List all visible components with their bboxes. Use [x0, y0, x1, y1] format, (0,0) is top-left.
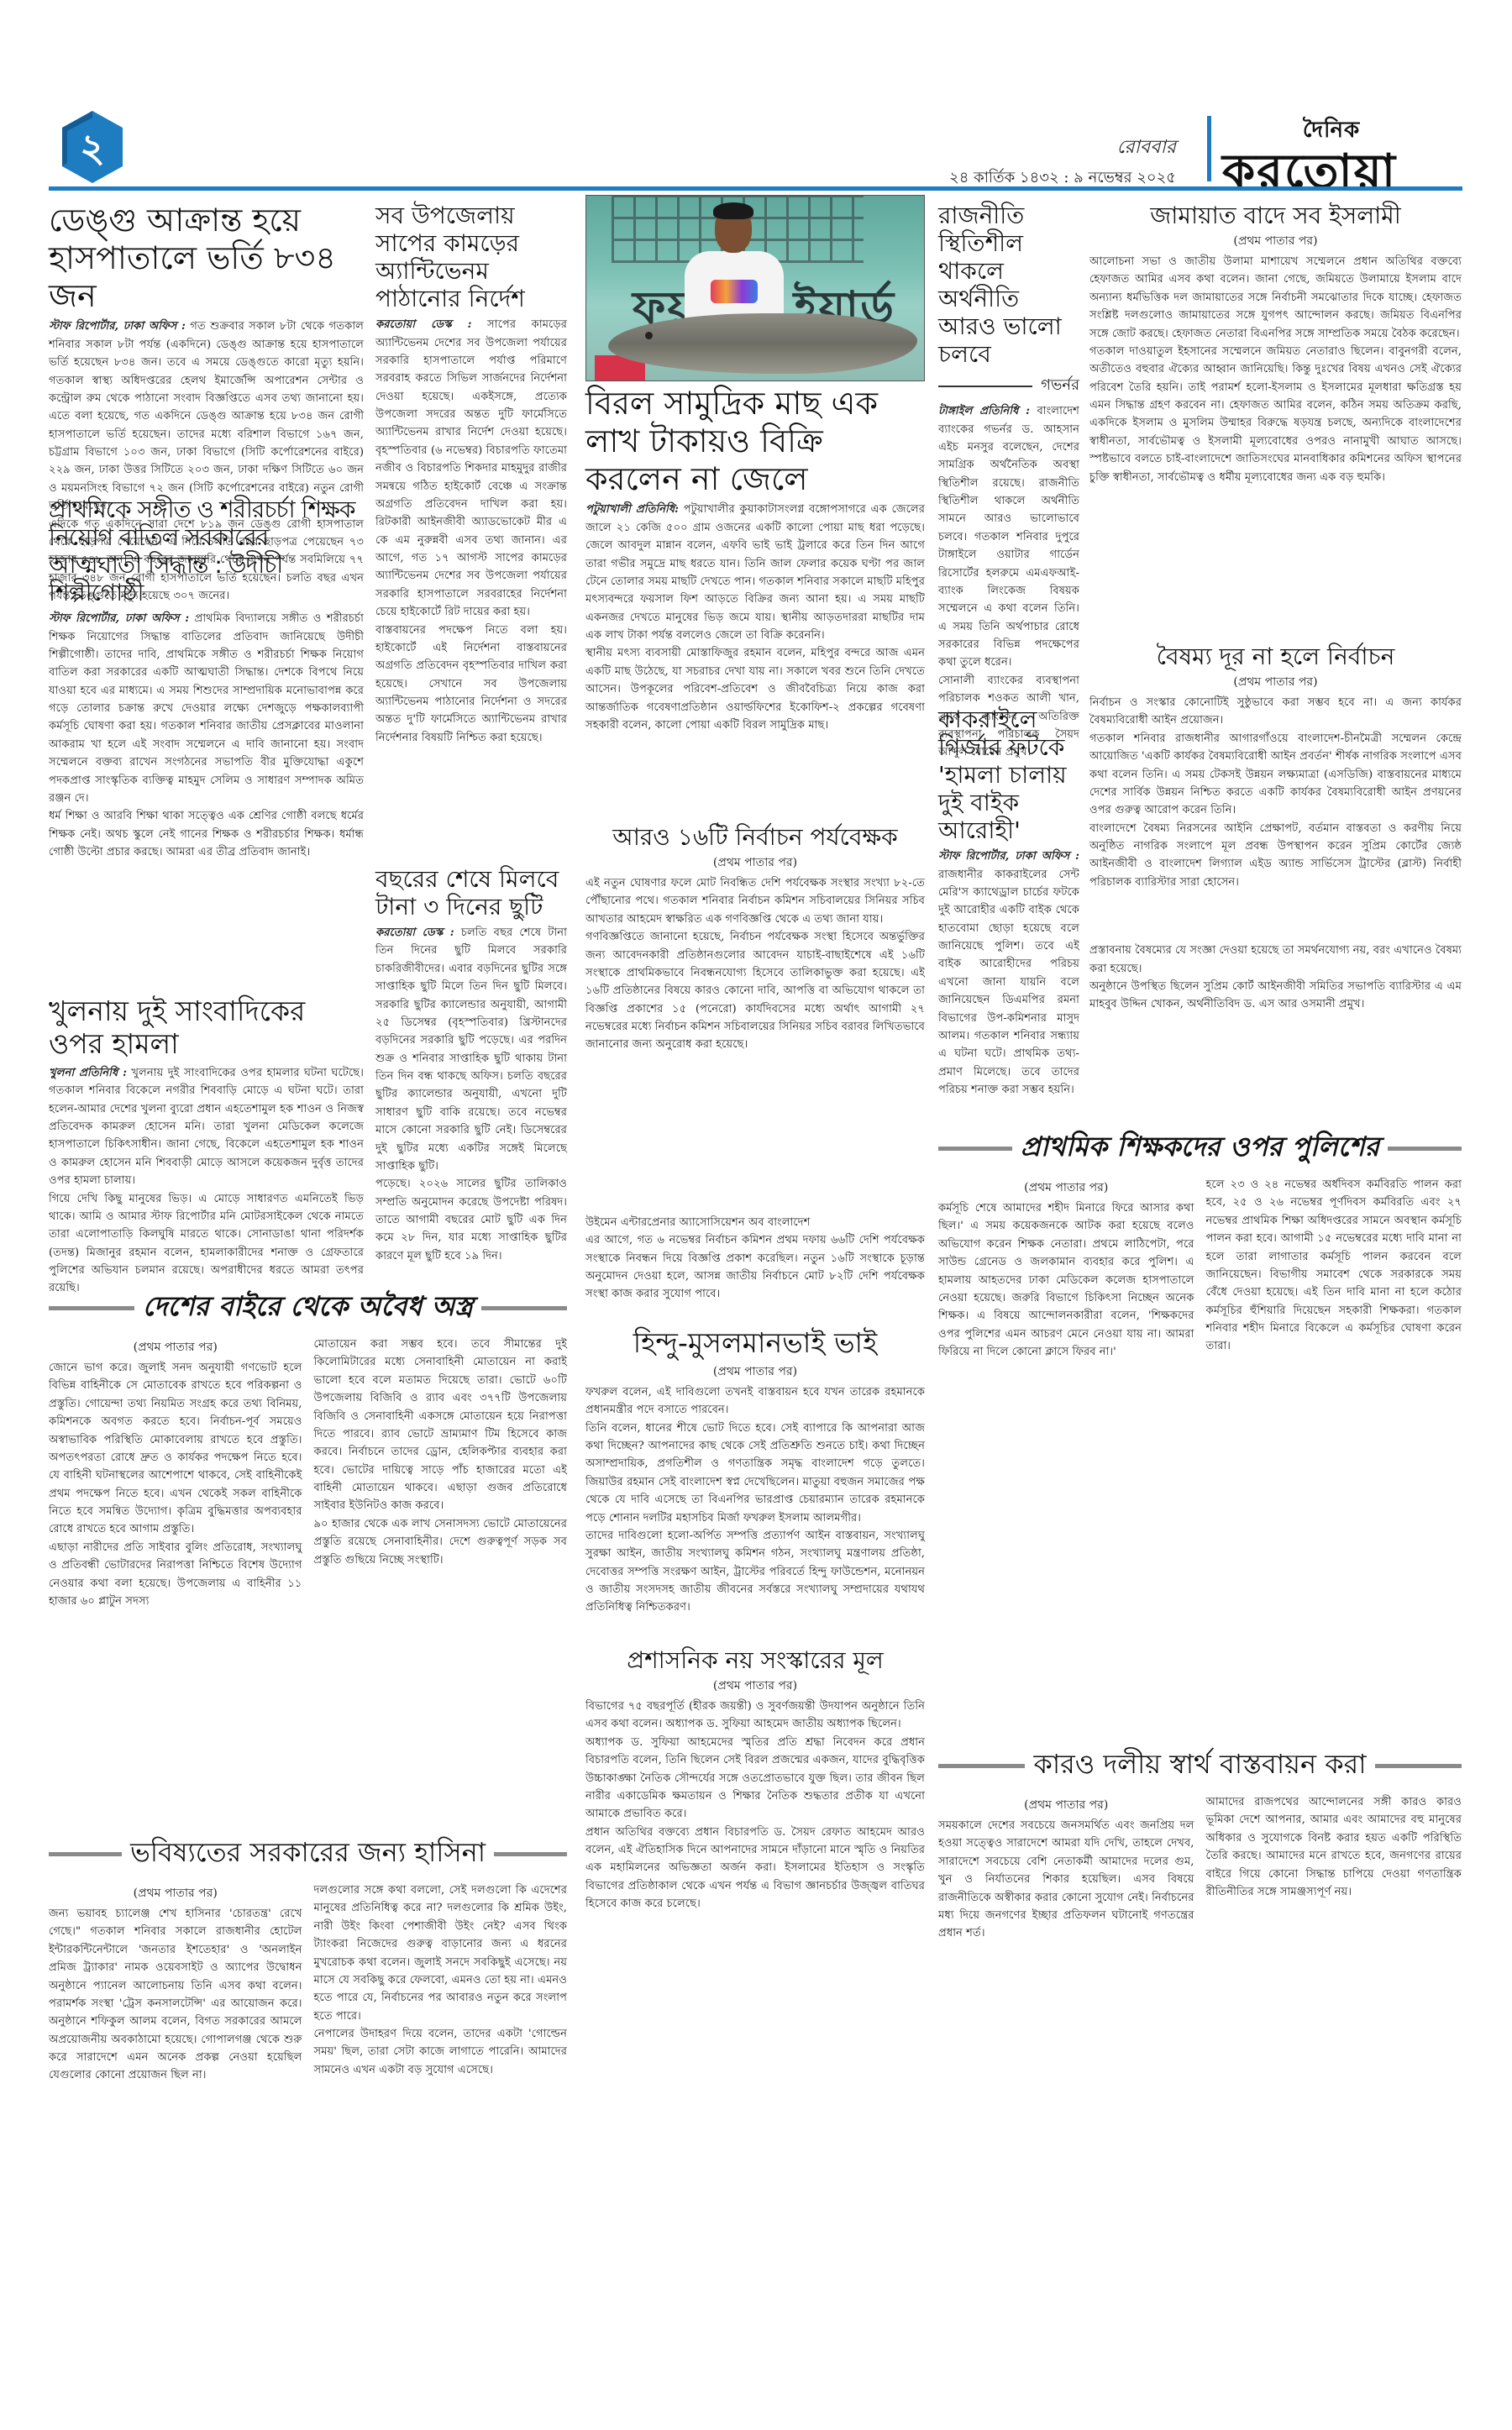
article-body: স্থানীয় মৎস্য ব্যবসায়ী মোস্তাফিজুর রহম… [585, 644, 925, 734]
continued-label: (প্রথম পাতার পর) [49, 1883, 302, 1903]
article-body: স্টাফ রিপোর্টার, ঢাকা অফিস : প্রাথমিক বি… [49, 610, 364, 807]
continued-label: (প্রথম পাতার পর) [1089, 672, 1462, 692]
article-illegal-arms: দেশের বাইরে থেকে অবৈধ অস্ত্র (প্রথম পাতা… [49, 1285, 567, 1610]
article-hindu-muslim: হিন্দু-মুসলমানভাই ভাই (প্রথম পাতার পর) ফ… [585, 1327, 925, 1617]
article-body: এই নতুন ঘোষণার ফলে মোট নিবন্ধিত দেশি পর্… [585, 874, 925, 928]
byline: স্টাফ রিপোর্টার, ঢাকা অফিস : [49, 320, 186, 333]
byline: খুলনা প্রতিনিধি : [49, 1067, 127, 1079]
section-header: দেশের বাইরে থেকে অবৈধ অস্ত্র [49, 1285, 567, 1330]
article-governor: রাজনীতি স্থিতিশীল থাকলে অর্থনীতি আরও ভাল… [938, 202, 1079, 762]
article-body: বাস্তবায়নের পদক্ষেপ নিতে বলা হয়। হাইকো… [375, 622, 567, 748]
headline-police-teachers: প্রাথমিক শিক্ষকদের ওপর পুলিশের [1021, 1126, 1379, 1171]
masthead: ২ রোববার ২৪ কার্তিক ১৪৩২ : ৯ নভেম্বর ২০২… [0, 109, 1512, 189]
hexagon-page-icon: ২ [59, 109, 126, 185]
article-body: বিভাগের ৭৫ বছরপূর্তি (হীরক জয়ন্তী) ও সু… [585, 1698, 925, 1734]
fish [608, 313, 917, 374]
continued-label: (প্রথম পাতার পর) [938, 1178, 1194, 1198]
headline-holidays: বছরের শেষে মিলবে টানা ৩ দিনের ছুটি [375, 865, 567, 921]
attribution-rule: গভর্নর [938, 373, 1079, 399]
article-antivenom: সব উপজেলায় সাপের কামড়ের অ্যান্টিভেনম প… [375, 202, 567, 747]
article-body: খুলনা প্রতিনিধি : খুলনায় দুই সাংবাদিকের… [49, 1064, 364, 1190]
article-police-teachers: প্রাথমিক শিক্ষকদের ওপর পুলিশের (প্রথম পা… [938, 1126, 1462, 1361]
section-header: কারও দলীয় স্বার্থ বাস্তবায়ন করা [938, 1743, 1462, 1788]
article-body: পটুয়াখালী প্রতিনিধি: পটুয়াখালীর কুয়াক… [585, 501, 925, 644]
headline-illegal-arms: দেশের বাইরে থেকে অবৈধ অস্ত্র [143, 1285, 474, 1330]
headline-admin-reform: প্রশাসনিক নয় সংস্কারের মূল [585, 1646, 925, 1674]
article-body: করতোয়া ডেস্ক : সাপের কামড়ের অ্যান্টিভে… [375, 316, 567, 621]
article-body: মোতায়েন করা সম্ভব হবে। তবে সীমান্তের দু… [314, 1336, 568, 1515]
article-body: তিনি বলেন, ধানের শীষে ভোট দিতে হবে। সেই … [585, 1420, 925, 1527]
continued-label: (প্রথম পাতার পর) [1089, 231, 1462, 251]
article-admin-reform: প্রশাসনিক নয় সংস্কারের মূল (প্রথম পাতার… [585, 1646, 925, 1913]
article-body: আলোচনা সভা ও জাতীয় উলামা মাশায়েখ সম্মে… [1089, 253, 1462, 343]
headline-governor: রাজনীতি স্থিতিশীল থাকলে অর্থনীতি আরও ভাল… [938, 202, 1079, 368]
article-music-teachers: প্রাথমিকে সঙ্গীত ও শরীরচর্চা শিক্ষক নিয়… [49, 496, 364, 861]
article-body: এছাড়া নারীদের প্রতি সাইবার বুলিং প্রতির… [49, 1539, 302, 1611]
article-rare-fish: বিরল সামুদ্রিক মাছ এক লাখ টাকায়ও বিক্রি… [585, 385, 925, 734]
article-body: ফখরুল বলেন, এই দাবিগুলো তখনই বাস্তবায়ন … [585, 1383, 925, 1420]
byline: করতোয়া ডেস্ক : [375, 318, 471, 331]
article-body: সময়কালে দেশের সবচেয়ে জনসমর্থিত এবং জনপ… [938, 1817, 1194, 1943]
headline-hindu-muslim: হিন্দু-মুসলমানভাই ভাই [585, 1327, 925, 1360]
headline-music-teachers: প্রাথমিকে সঙ্গীত ও শরীরচর্চা শিক্ষক নিয়… [49, 496, 364, 606]
article-body: হলে ২৩ ও ২৪ নভেম্বর অর্ধদিবস কর্মবিরতি প… [1206, 1176, 1462, 1356]
article-observers: আরও ১৬টি নির্বাচন পর্যবেক্ষক (প্রথম পাতা… [585, 823, 925, 1304]
continued-label: (প্রথম পাতার পর) [585, 1362, 925, 1382]
headline-observers: আরও ১৬টি নির্বাচন পর্যবেক্ষক [585, 823, 925, 851]
article-hasina: ভবিষ্যতের সরকারের জন্য হাসিনা (প্রথম পাত… [49, 1831, 567, 2085]
article-body: দলগুলোর সঙ্গে কথা বললো, সেই দলগুলো কি এদ… [314, 1882, 568, 2025]
article-body: পড়েছে। ২০২৬ সালের ছুটির তালিকাও সম্প্রত… [375, 1175, 567, 1265]
article-jamaat: জামায়াত বাদে সব ইসলামী (প্রথম পাতার পর)… [1089, 202, 1462, 486]
byline: টাঙ্গাইল প্রতিনিধি : [938, 405, 1030, 417]
headline-church: কাকরাইলে গির্জার ফটকে 'হামলা চালায় দুই … [938, 706, 1079, 844]
article-body: প্রস্তাবনায় বৈষম্যের যে সংজ্ঞা দেওয়া হ… [1089, 942, 1462, 978]
attribution: গভর্নর [1041, 373, 1079, 399]
svg-text:২: ২ [80, 125, 105, 171]
article-body: টাঙ্গাইল প্রতিনিধি : বাংলাদেশ ব্যাংকের গ… [938, 402, 1079, 672]
headline-jamaat: জামায়াত বাদে সব ইসলামী [1089, 202, 1462, 229]
byline: পটুয়াখালী প্রতিনিধি: [585, 503, 679, 516]
article-body: অধ্যাপক ড. সুফিয়া আহমেদের স্মৃতির প্রতি… [585, 1734, 925, 1824]
article-body: গণবিজ্ঞপ্তিতে জানানো হয়েছে, নির্বাচন পর… [585, 928, 925, 1054]
article-body: ৯০ হাজার থেকে এক লাখ সেনাসদস্য ভোটে মোতা… [314, 1515, 568, 1569]
page-number-badge: ২ [59, 109, 126, 185]
article-body: করতোয়া ডেস্ক : চলতি বছর শেষে টানা তিন দ… [375, 924, 567, 1175]
newspaper-logo: দৈনিক করতোয়া [1222, 113, 1441, 194]
article-body: প্রধান অতিথির বক্তব্যে প্রধান বিচারপতি ড… [585, 1824, 925, 1913]
article-body: ধর্ম শিক্ষা ও আরবি শিক্ষা থাকা সত্ত্বেও … [49, 807, 364, 861]
byline: করতোয়া ডেস্ক : [375, 926, 454, 939]
article-body: তাদের দাবিগুলো হলো-অর্পিত সম্পত্তি প্রত্… [585, 1527, 925, 1617]
article-body: নির্বাচন ও সংস্কার কোনোটিই সুষ্ঠুভাবে কর… [1089, 694, 1462, 730]
article-holidays: বছরের শেষে মিলবে টানা ৩ দিনের ছুটি করতোয… [375, 865, 567, 1265]
article-body: গিয়ে দেখি কিছু মানুষের ভিড়। এ মোড়ে সা… [49, 1190, 364, 1298]
continued-label: (প্রথম পাতার পর) [49, 1337, 302, 1357]
headline-rare-fish: বিরল সামুদ্রিক মাছ এক লাখ টাকায়ও বিক্রি… [585, 385, 925, 497]
article-body: স্টাফ রিপোর্টার, ঢাকা অফিস : গত শুক্রবার… [49, 318, 364, 515]
headline-hasina: ভবিষ্যতের সরকারের জন্য হাসিনা [130, 1831, 486, 1876]
article-church: কাকরাইলে গির্জার ফটকে 'হামলা চালায় দুই … [938, 706, 1079, 1099]
article-body: উইমেন এন্টারপ্রেনার অ্যাসোসিয়েশন অব বাং… [585, 1214, 925, 1231]
section-header: প্রাথমিক শিক্ষকদের ওপর পুলিশের [938, 1126, 1462, 1171]
article-body: বাংলাদেশে বৈষম্য নিরসনের আইনি প্রেক্ষাপট… [1089, 820, 1462, 892]
masthead-divider [1207, 116, 1211, 181]
continued-label: (প্রথম পাতার পর) [585, 853, 925, 873]
headline-khulna: খুলনায় দুই সাংবাদিকের ওপর হামলা [49, 995, 364, 1061]
article-party-interest: কারও দলীয় স্বার্থ বাস্তবায়ন করা (প্রথম… [938, 1743, 1462, 1943]
continued-label: (প্রথম পাতার পর) [938, 1795, 1194, 1815]
headline-party-interest: কারও দলীয় স্বার্থ বাস্তবায়ন করা [1033, 1743, 1366, 1788]
headline-dengue: ডেঙ্গু আক্রান্ত হয়ে হাসপাতালে ভর্তি ৮৩৪… [49, 202, 364, 314]
article-discrimination: বৈষম্য দূর না হলে নির্বাচন (প্রথম পাতার … [1089, 643, 1462, 1014]
article-body: আমাদের রাজপথের আন্দোলনের সঙ্গী কারও কারও… [1206, 1793, 1462, 1901]
headline-discrimination: বৈষম্য দূর না হলে নির্বাচন [1089, 643, 1462, 670]
article-body: এর আগে, গত ৬ নভেম্বর নির্বাচন কমিশন প্রথ… [585, 1231, 925, 1304]
fish-photo: ফয়সাল ইয়ার্ড 01740534-??? [585, 195, 925, 381]
article-body: জন্য ভয়াবহ চ্যালেঞ্জ শেখ হাসিনার 'চোরতন… [49, 1905, 302, 2085]
top-rule [49, 186, 1462, 191]
issue-date-block: রোববার ২৪ কার্তিক ১৪৩২ : ৯ নভেম্বর ২০২৫ [949, 133, 1176, 192]
article-body: গতকাল শনিবার রাজধানীর আগারগাঁওয়ে বাংলাদ… [1089, 730, 1462, 820]
headline-antivenom: সব উপজেলায় সাপের কামড়ের অ্যান্টিভেনম প… [375, 202, 567, 312]
article-khulna: খুলনায় দুই সাংবাদিকের ওপর হামলা খুলনা প… [49, 995, 364, 1298]
article-body: কর্মসূচি শেষে আমাদের শহীদ মিনারে ফিরে আস… [938, 1199, 1194, 1361]
continued-label: (প্রথম পাতার পর) [585, 1676, 925, 1696]
article-body: গতকাল দাওয়াতুল ইহসানের সম্মেলনে জমিয়ত … [1089, 343, 1462, 486]
article-body: জোনে ভাগ করে। জুলাই সনদ অনুযায়ী গণভোট হ… [49, 1359, 302, 1539]
section-header: ভবিষ্যতের সরকারের জন্য হাসিনা [49, 1831, 567, 1876]
byline: স্টাফ রিপোর্টার, ঢাকা অফিস : [938, 850, 1079, 863]
article-body: স্টাফ রিপোর্টার, ঢাকা অফিস : রাজধানীর কা… [938, 848, 1079, 1099]
issue-day: রোববার [949, 133, 1176, 164]
article-body: নেপালের উদাহরণ দিয়ে বলেন, তাদের একটা 'গ… [314, 2025, 568, 2079]
article-body: অনুষ্ঠানে উপস্থিত ছিলেন সুপ্রিম কোর্ট আই… [1089, 978, 1462, 1014]
byline: স্টাফ রিপোর্টার, ঢাকা অফিস : [49, 612, 189, 625]
